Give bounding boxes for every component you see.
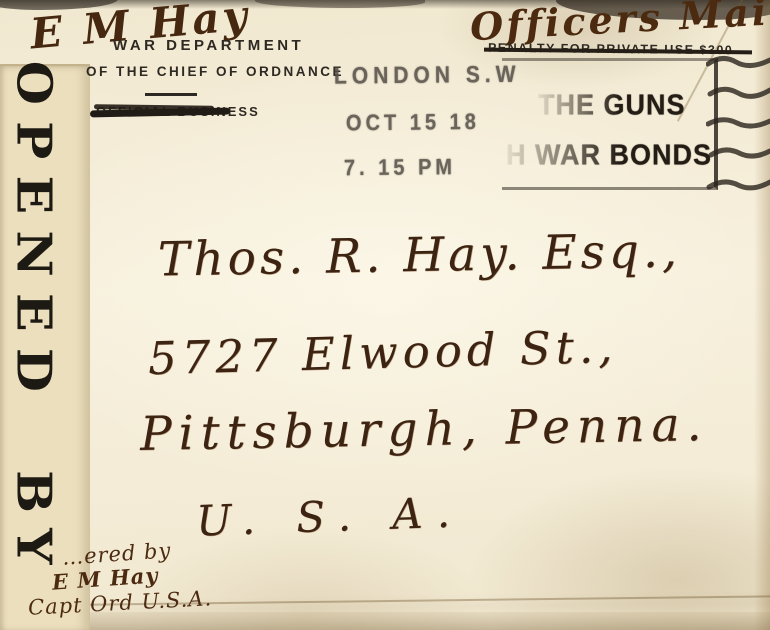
censor-tape-label: OPENED BY xyxy=(5,61,61,581)
slogan-cancel-line1: THE GUNS xyxy=(538,89,686,122)
office-of-chief-line: OF THE CHIEF OF ORDNANCE xyxy=(86,64,344,79)
address-line-country: U. S. A. xyxy=(195,487,464,545)
war-department-heading: WAR DEPARTMENT xyxy=(113,37,304,54)
address-line-street: 5727 Elwood St., xyxy=(147,320,618,385)
address-line-name: Thos. R. Hay. Esq., xyxy=(158,223,682,287)
slogan-cancel-line2: H WAR BONDS xyxy=(506,139,712,172)
postmark-date: OCT 15 18 xyxy=(346,110,480,137)
cancel-wavy-lines-icon xyxy=(706,52,770,202)
postmark-town: LONDON S.W xyxy=(334,62,521,91)
corner-card-rule xyxy=(145,93,197,96)
address-line-city: Pittsburgh, Penna. xyxy=(140,397,709,462)
postmark-time: 7. 15 PM xyxy=(344,155,456,182)
envelope-scan: OPENED BY E M Hay WAR DEPARTMENT OF THE … xyxy=(0,0,770,630)
